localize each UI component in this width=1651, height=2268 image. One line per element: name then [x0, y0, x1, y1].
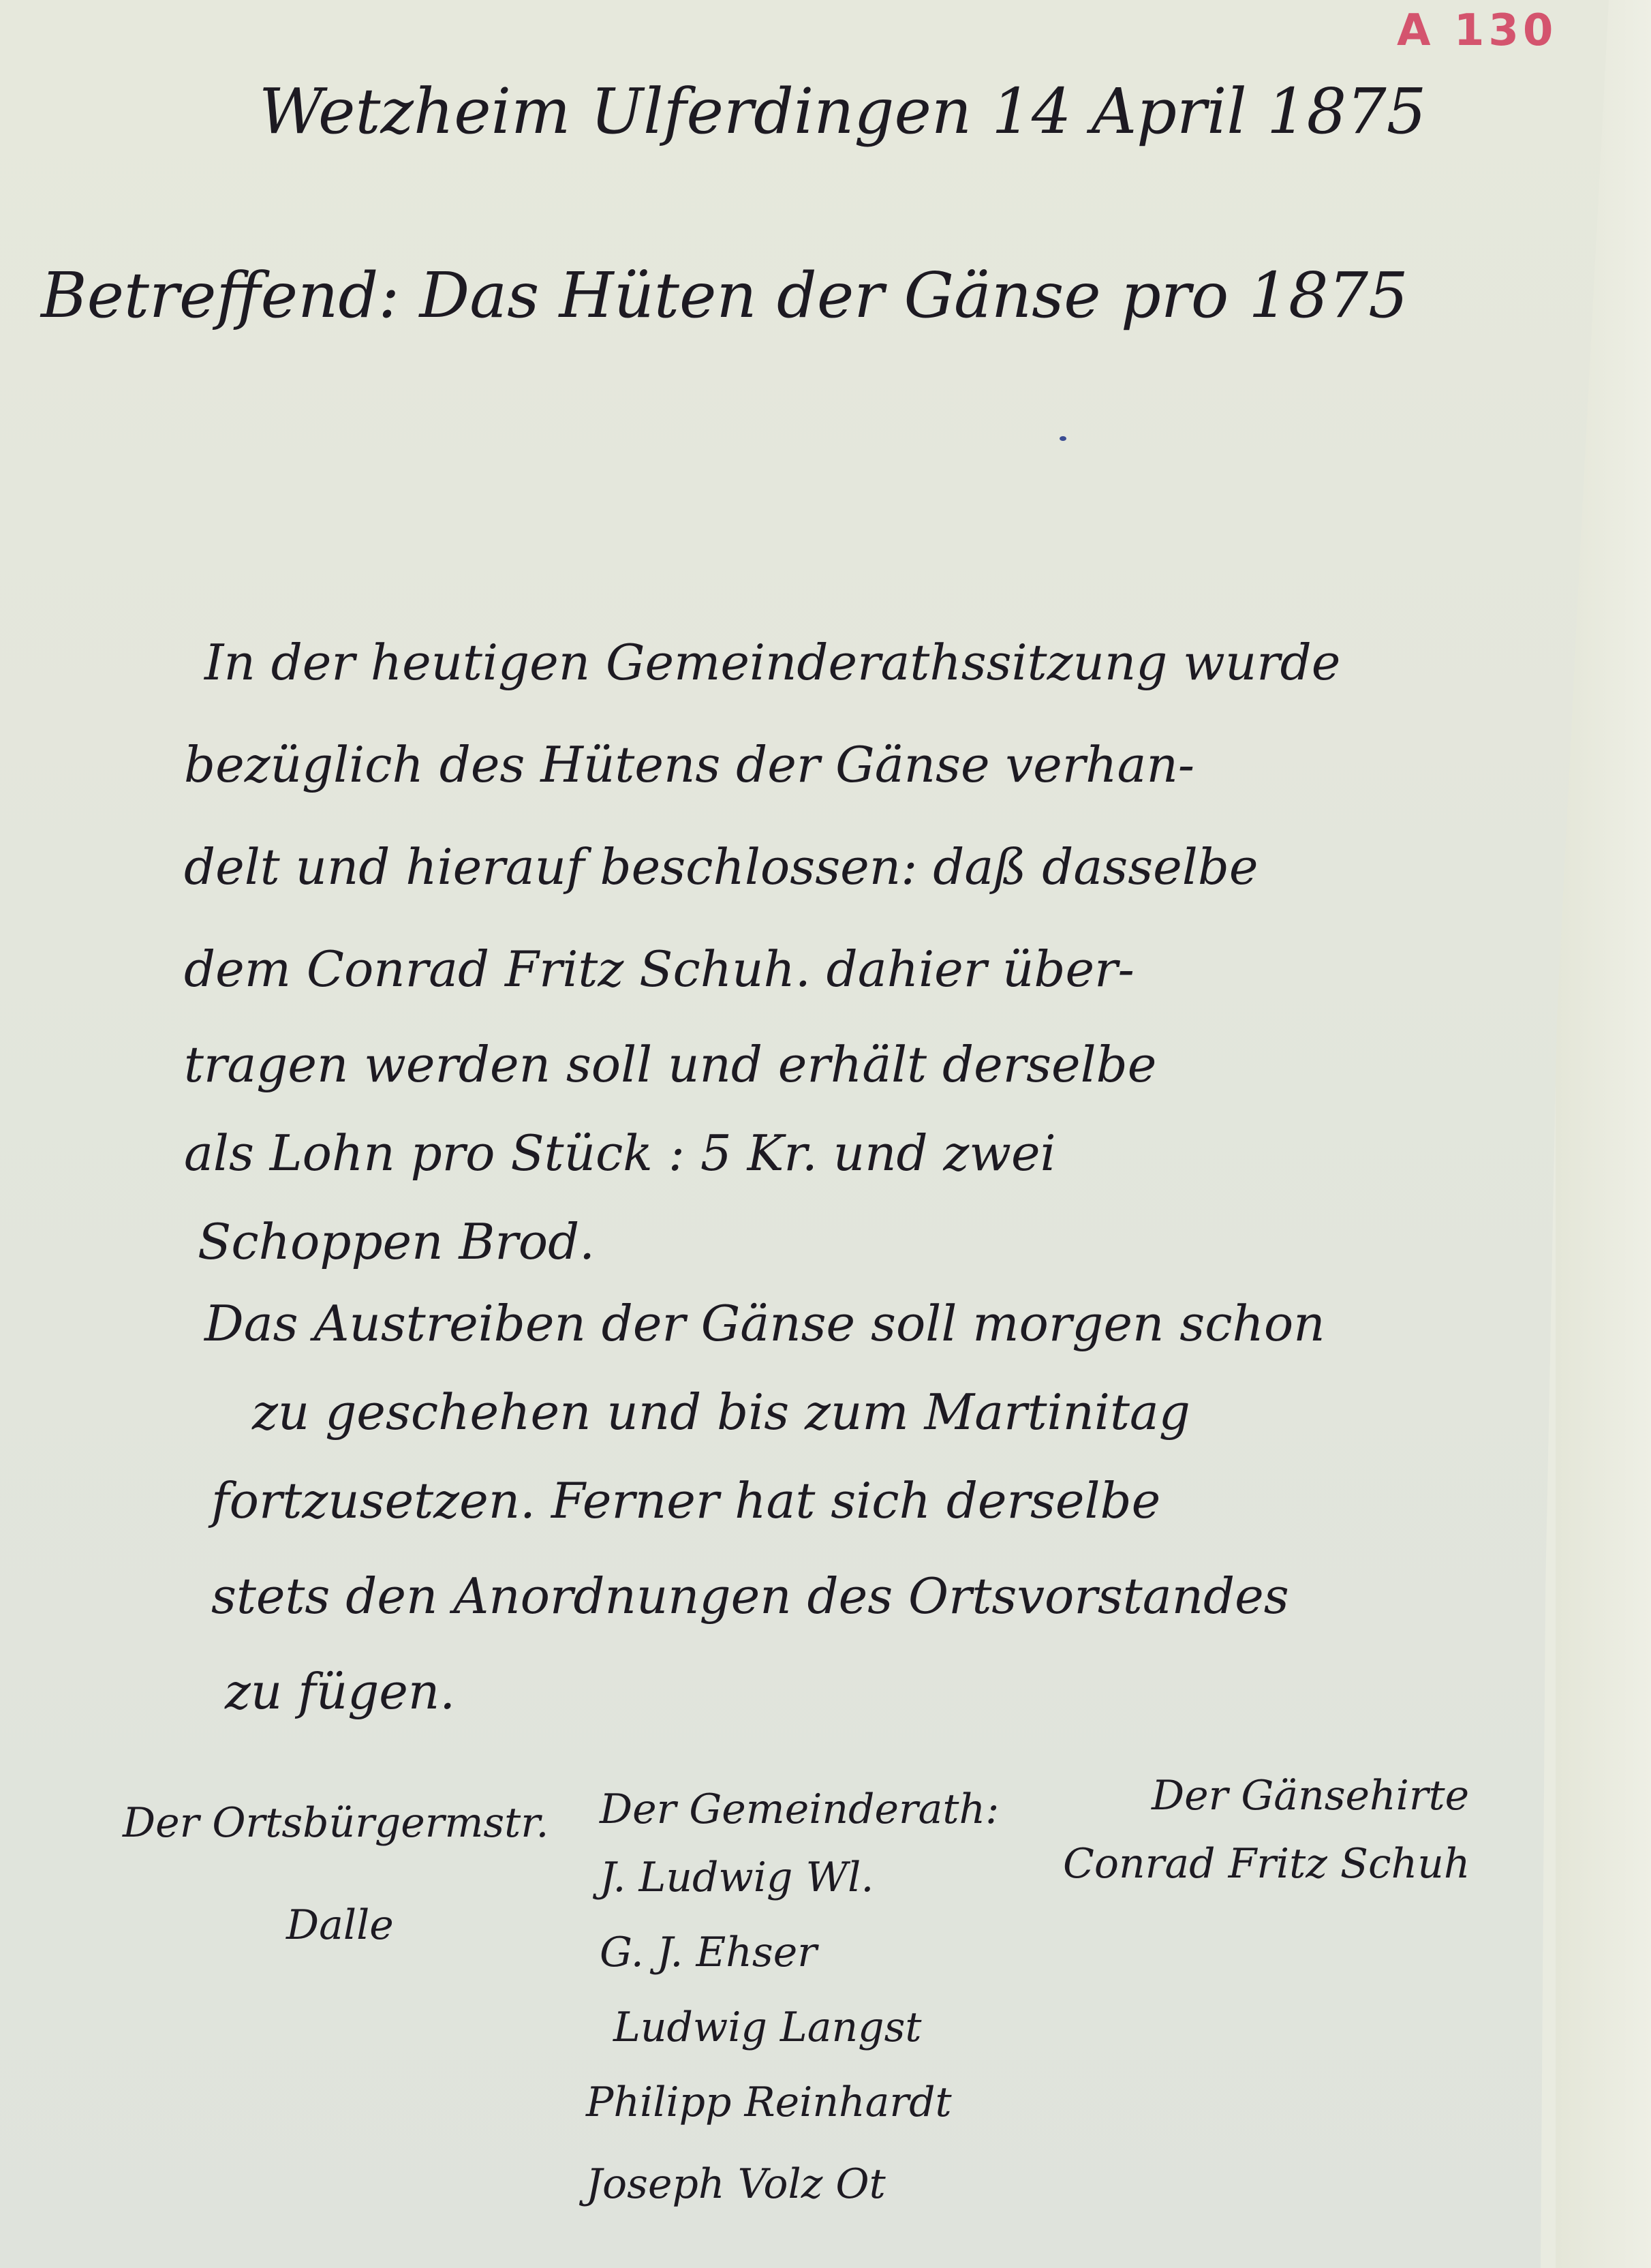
council-member-signature: Philipp Reinhardt	[586, 2079, 952, 2126]
mayor-title: Der Ortsbürgermstr.	[123, 1799, 549, 1847]
council-member-signature: G. J. Ehser	[600, 1929, 817, 1976]
body-line: delt und hierauf beschlossen: daß dassel…	[184, 838, 1259, 895]
body-line: zu fügen.	[225, 1663, 455, 1720]
ink-spot	[1060, 436, 1066, 441]
council-label: Der Gemeinderath:	[600, 1786, 999, 1833]
body-line: In der heutigen Gemeinderathssitzung wur…	[204, 634, 1340, 691]
header-subject: Betreffend: Das Hüten der Gänse pro 1875	[41, 259, 1408, 332]
herder-signature: Conrad Fritz Schuh	[1063, 1840, 1470, 1888]
header-place-date: Wetzheim Ulferdingen 14 April 1875	[259, 75, 1426, 148]
mayor-signature: Dalle	[286, 1901, 394, 1949]
archive-shelfmark: A 130	[1397, 5, 1557, 56]
body-line: als Lohn pro Stück : 5 Kr. und zwei	[184, 1124, 1056, 1182]
body-line: Das Austreiben der Gänse soll morgen sch…	[204, 1295, 1325, 1352]
body-line: fortzusetzen. Ferner hat sich derselbe	[211, 1472, 1160, 1529]
body-line: dem Conrad Fritz Schuh. dahier über-	[184, 940, 1135, 998]
body-line: tragen werden soll und erhält derselbe	[184, 1036, 1156, 1093]
council-member-signature: Joseph Volz Ot	[586, 2160, 886, 2208]
body-line: zu geschehen und bis zum Martinitag	[252, 1383, 1190, 1441]
herder-label: Der Gänsehirte	[1152, 1772, 1469, 1820]
council-member-signature: J. Ludwig Wl.	[600, 1854, 874, 1901]
body-line: Schoppen Brod.	[198, 1213, 595, 1270]
council-member-signature: Ludwig Langst	[613, 2004, 922, 2051]
body-line: stets den Anordnungen des Ortsvorstandes	[211, 1567, 1289, 1625]
body-line: bezüglich des Hütens der Gänse verhan-	[184, 736, 1194, 793]
